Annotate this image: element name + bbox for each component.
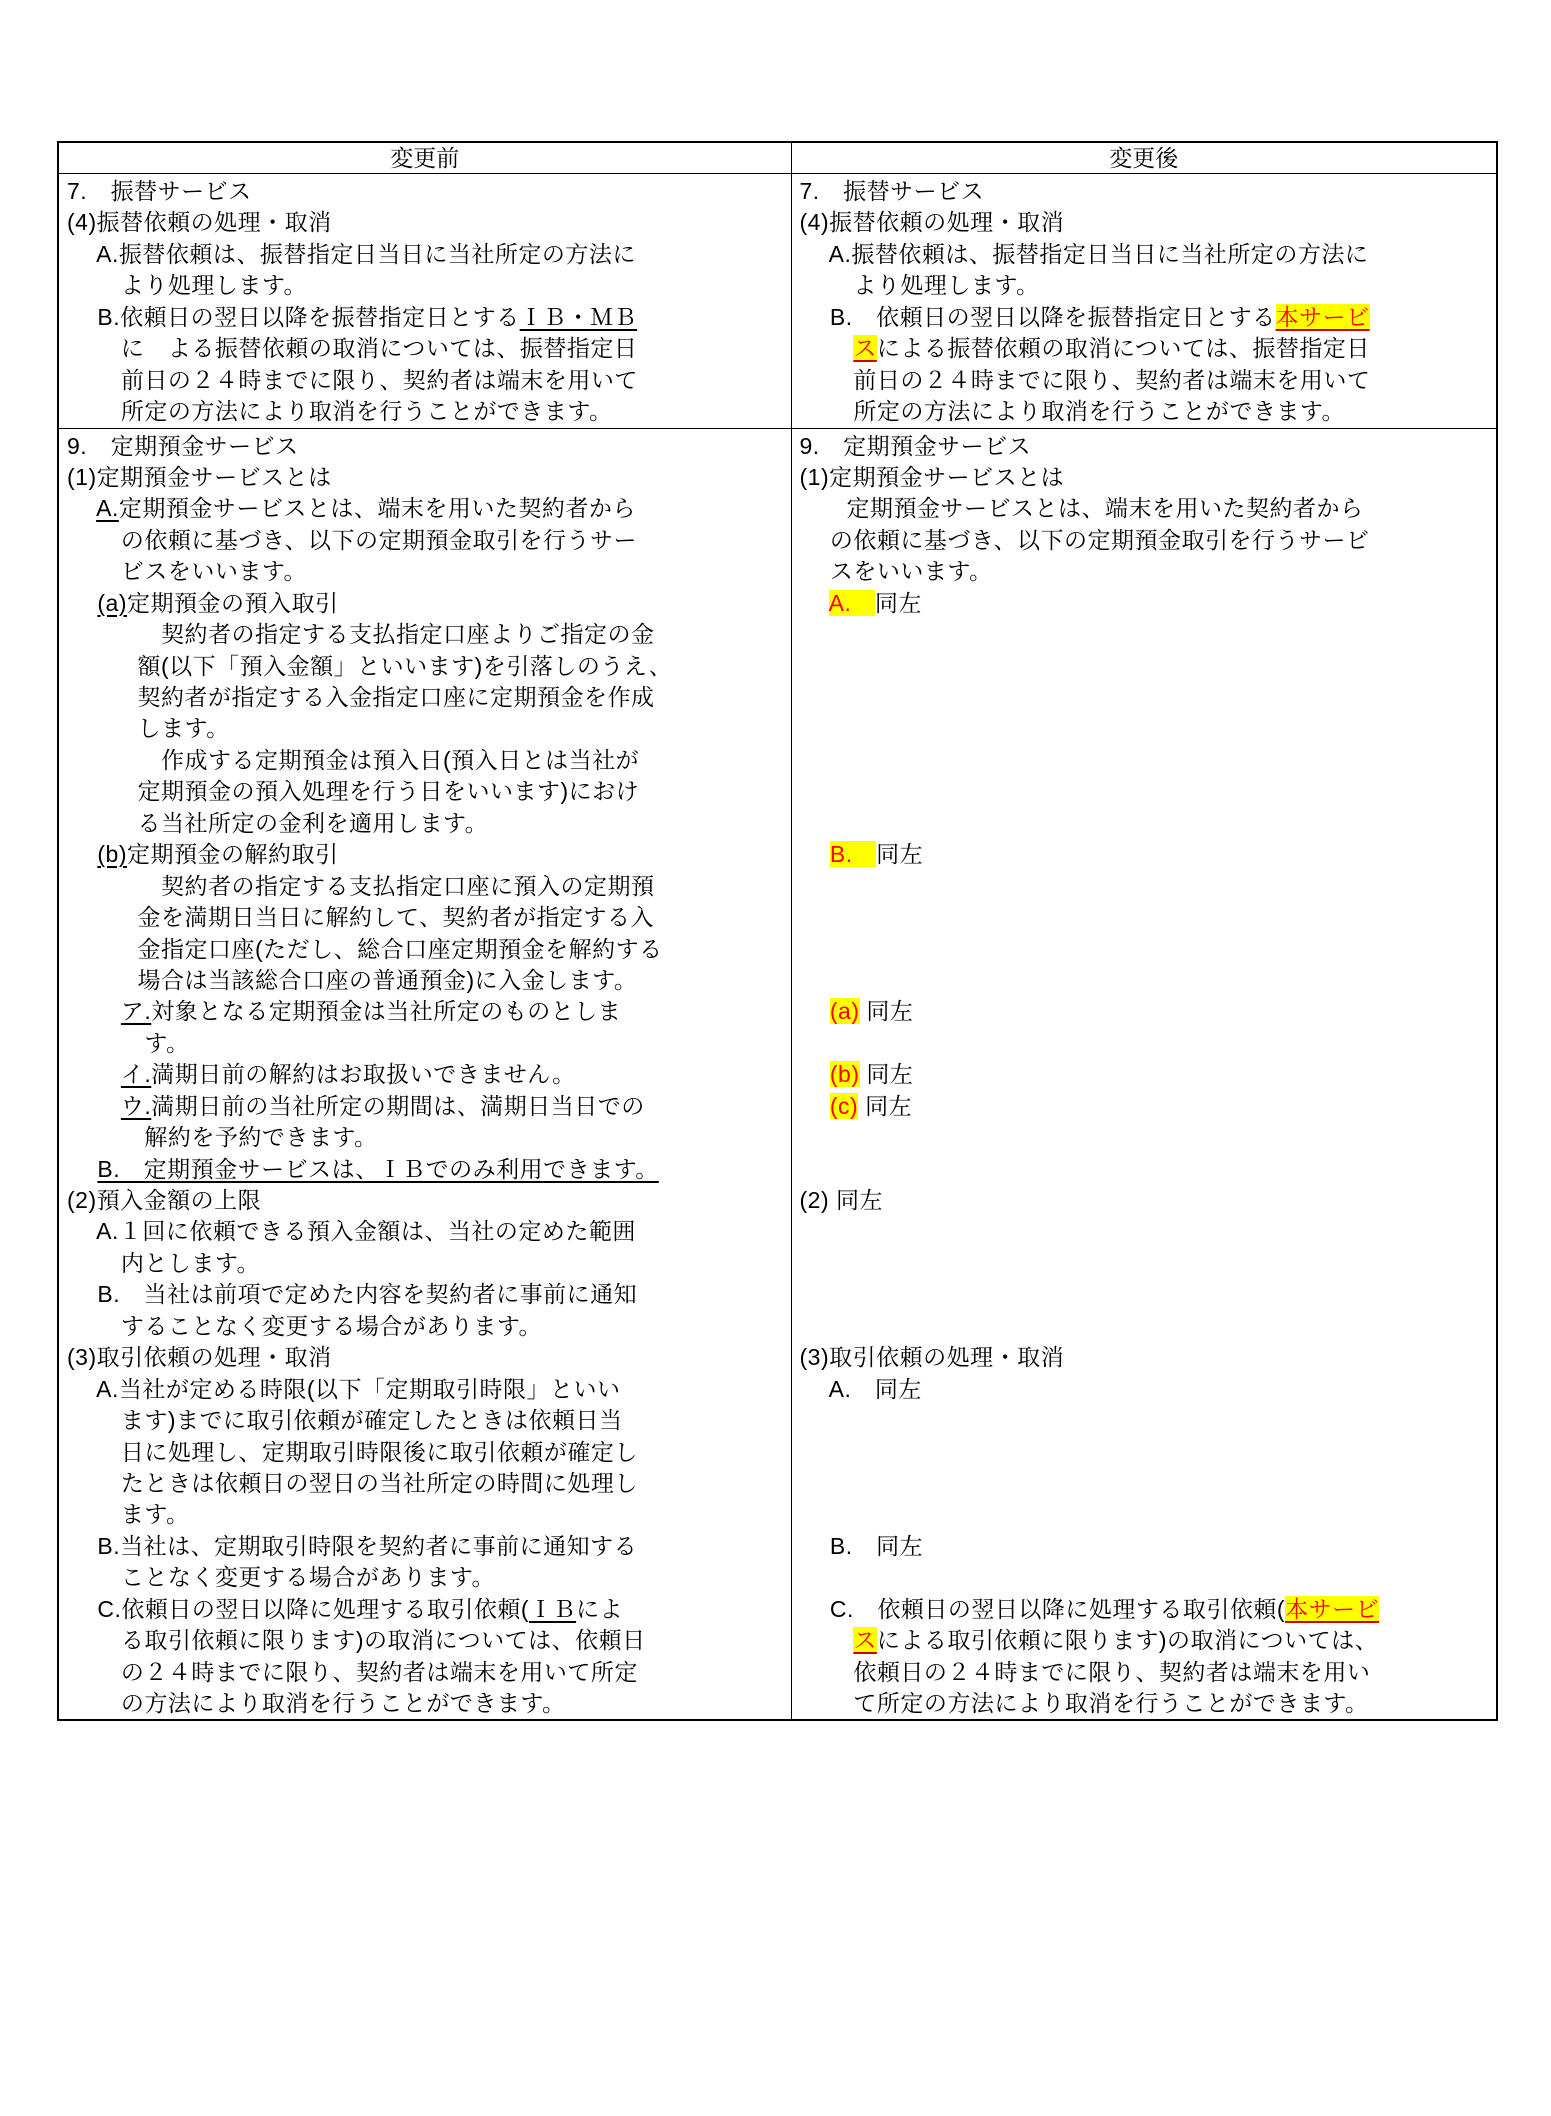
text-line: B. 依頼日の翌日以降を振替指定日とする本サービ [800, 302, 1493, 333]
text-line: A. 同左 [800, 1374, 1493, 1405]
text-line: 日に処理し、定期取引時限後に取引依頼が確定し [67, 1437, 787, 1468]
text-line [800, 808, 1493, 839]
text-line: 内とします。 [67, 1248, 787, 1279]
text-line: る取引依頼に限ります)の取消については、依頼日 [67, 1625, 787, 1656]
text-line: 解約を予約できます。 [67, 1122, 787, 1153]
text-line: (3)取引依頼の処理・取消 [800, 1342, 1493, 1373]
text-line: (c) 同左 [800, 1091, 1493, 1122]
text-line: B.当社は、定期取引時限を契約者に事前に通知する [67, 1531, 787, 1562]
text-line [800, 651, 1493, 682]
text-line: (3)取引依頼の処理・取消 [67, 1342, 787, 1373]
text-line: 契約者が指定する入金指定口座に定期預金を作成 [67, 682, 787, 713]
text-line: 7. 振替サービス [67, 176, 787, 207]
text-line [800, 682, 1493, 713]
text-line: (4)振替依頼の処理・取消 [800, 207, 1493, 238]
text-line [800, 1468, 1493, 1499]
text-line: A.定期預金サービスとは、端末を用いた契約者から [67, 493, 787, 524]
text-line: す。 [67, 1028, 787, 1059]
text-line: (a)定期預金の預入取引 [67, 588, 787, 619]
text-line [800, 934, 1493, 965]
cell-section7-after: 7. 振替サービス(4)振替依頼の処理・取消 A.振替依頼は、振替指定日当日に当… [791, 174, 1497, 429]
text-line [800, 1562, 1493, 1593]
text-line: 定期預金の預入処理を行う日をいいます)におけ [67, 776, 787, 807]
text-line: 場合は当該総合口座の普通預金)に入金します。 [67, 965, 787, 996]
change-comparison-table: 変更前 変更後 7. 振替サービス(4)振替依頼の処理・取消 A.振替依頼は、振… [57, 141, 1498, 1721]
text-line: C.依頼日の翌日以降に処理する取引依頼(ＩＢによ [67, 1594, 787, 1625]
text-line: る当社所定の金利を適用します。 [67, 808, 787, 839]
column-header-after: 変更後 [791, 142, 1497, 174]
text-line [800, 745, 1493, 776]
text-line: より処理します。 [800, 270, 1493, 301]
table-row-section-9: 9. 定期預金サービス(1)定期預金サービスとは A.定期預金サービスとは、端末… [58, 428, 1497, 1720]
text-line: 前日の２４時までに限り、契約者は端末を用いて [800, 365, 1493, 396]
document-page: 変更前 変更後 7. 振替サービス(4)振替依頼の処理・取消 A.振替依頼は、振… [0, 0, 1551, 2116]
text-line: スによる取引依頼に限ります)の取消については、 [800, 1625, 1493, 1656]
text-line: (b)定期預金の解約取引 [67, 839, 787, 870]
text-line [800, 1028, 1493, 1059]
text-line [800, 1437, 1493, 1468]
text-line [800, 1248, 1493, 1279]
text-line: 9. 定期預金サービス [800, 431, 1493, 462]
column-header-before: 変更前 [58, 142, 791, 174]
text-line: ます)までに取引依頼が確定したときは依頼日当 [67, 1405, 787, 1436]
text-line: B. 同左 [800, 839, 1493, 870]
text-line: 所定の方法により取消を行うことができます。 [67, 396, 787, 427]
text-line [800, 1279, 1493, 1310]
text-line: A.１回に依頼できる預入金額は、当社の定めた範囲 [67, 1216, 787, 1247]
text-line: 定期預金サービスとは、端末を用いた契約者から [800, 493, 1493, 524]
text-line: B. 定期預金サービスは、ＩＢでのみ利用できます。 [67, 1154, 787, 1185]
text-line: A.振替依頼は、振替指定日当日に当社所定の方法に [67, 239, 787, 270]
text-line: (1)定期預金サービスとは [67, 462, 787, 493]
text-line: ウ.満期日前の当社所定の期間は、満期日当日での [67, 1091, 787, 1122]
text-line: A. 同左 [800, 588, 1493, 619]
text-line: の２４時までに限り、契約者は端末を用いて所定 [67, 1657, 787, 1688]
cell-section7-before: 7. 振替サービス(4)振替依頼の処理・取消 A.振替依頼は、振替指定日当日に当… [58, 174, 791, 429]
text-line: ます。 [67, 1499, 787, 1530]
table-header-row: 変更前 変更後 [58, 142, 1497, 174]
text-line: スをいいます。 [800, 556, 1493, 587]
text-line: の方法により取消を行うことができます。 [67, 1688, 787, 1719]
text-line: (2) 同左 [800, 1185, 1493, 1216]
text-line: 所定の方法により取消を行うことができます。 [800, 396, 1493, 427]
text-line [800, 776, 1493, 807]
text-line [800, 713, 1493, 744]
text-line: 金指定口座(ただし、総合口座定期預金を解約する [67, 934, 787, 965]
text-line: (a) 同左 [800, 996, 1493, 1027]
text-line: の依頼に基づき、以下の定期預金取引を行うサービ [800, 525, 1493, 556]
text-line: (b) 同左 [800, 1059, 1493, 1090]
text-line [800, 1122, 1493, 1153]
text-line: B. 当社は前項で定めた内容を契約者に事前に通知 [67, 1279, 787, 1310]
text-line: イ.満期日前の解約はお取扱いできません。 [67, 1059, 787, 1090]
text-line [800, 1499, 1493, 1530]
text-line: 7. 振替サービス [800, 176, 1493, 207]
text-line: 依頼日の２４時までに限り、契約者は端末を用い [800, 1657, 1493, 1688]
table-row-section-7: 7. 振替サービス(4)振替依頼の処理・取消 A.振替依頼は、振替指定日当日に当… [58, 174, 1497, 429]
text-line: より処理します。 [67, 270, 787, 301]
text-line: 契約者の指定する支払指定口座に預入の定期預 [67, 871, 787, 902]
text-line: (2)預入金額の上限 [67, 1185, 787, 1216]
text-line: します。 [67, 713, 787, 744]
text-line [800, 619, 1493, 650]
text-line: 前日の２４時までに限り、契約者は端末を用いて [67, 365, 787, 396]
text-line: ことなく変更する場合があります。 [67, 1562, 787, 1593]
text-line: (4)振替依頼の処理・取消 [67, 207, 787, 238]
text-line: することなく変更する場合があります。 [67, 1311, 787, 1342]
text-line: たときは依頼日の翌日の当社所定の時間に処理し [67, 1468, 787, 1499]
text-line: の依頼に基づき、以下の定期預金取引を行うサー [67, 525, 787, 556]
cell-section9-after: 9. 定期預金サービス(1)定期預金サービスとは 定期預金サービスとは、端末を用… [791, 428, 1497, 1720]
text-line [800, 871, 1493, 902]
text-line [800, 1216, 1493, 1247]
text-line: て所定の方法により取消を行うことができます。 [800, 1688, 1493, 1719]
text-line [800, 1154, 1493, 1185]
text-line: 契約者の指定する支払指定口座よりご指定の金 [67, 619, 787, 650]
text-line: (1)定期預金サービスとは [800, 462, 1493, 493]
text-line: B.依頼日の翌日以降を振替指定日とするＩＢ・ＭＢ [67, 302, 787, 333]
text-line: A.振替依頼は、振替指定日当日に当社所定の方法に [800, 239, 1493, 270]
text-line [800, 902, 1493, 933]
text-line: ビスをいいます。 [67, 556, 787, 587]
cell-section9-before: 9. 定期預金サービス(1)定期預金サービスとは A.定期預金サービスとは、端末… [58, 428, 791, 1720]
text-line: 作成する定期預金は預入日(預入日とは当社が [67, 745, 787, 776]
text-line: A.当社が定める時限(以下「定期取引時限」といい [67, 1374, 787, 1405]
text-line: スによる振替依頼の取消については、振替指定日 [800, 333, 1493, 364]
text-line: 9. 定期預金サービス [67, 431, 787, 462]
text-line: 金を満期日当日に解約して、契約者が指定する入 [67, 902, 787, 933]
text-line: に よる振替依頼の取消については、振替指定日 [67, 333, 787, 364]
text-line [800, 1311, 1493, 1342]
text-line [800, 1405, 1493, 1436]
text-line: 額(以下「預入金額」といいます)を引落しのうえ、 [67, 651, 787, 682]
text-line [800, 965, 1493, 996]
text-line: C. 依頼日の翌日以降に処理する取引依頼(本サービ [800, 1594, 1493, 1625]
text-line: ア.対象となる定期預金は当社所定のものとしま [67, 996, 787, 1027]
text-line: B. 同左 [800, 1531, 1493, 1562]
